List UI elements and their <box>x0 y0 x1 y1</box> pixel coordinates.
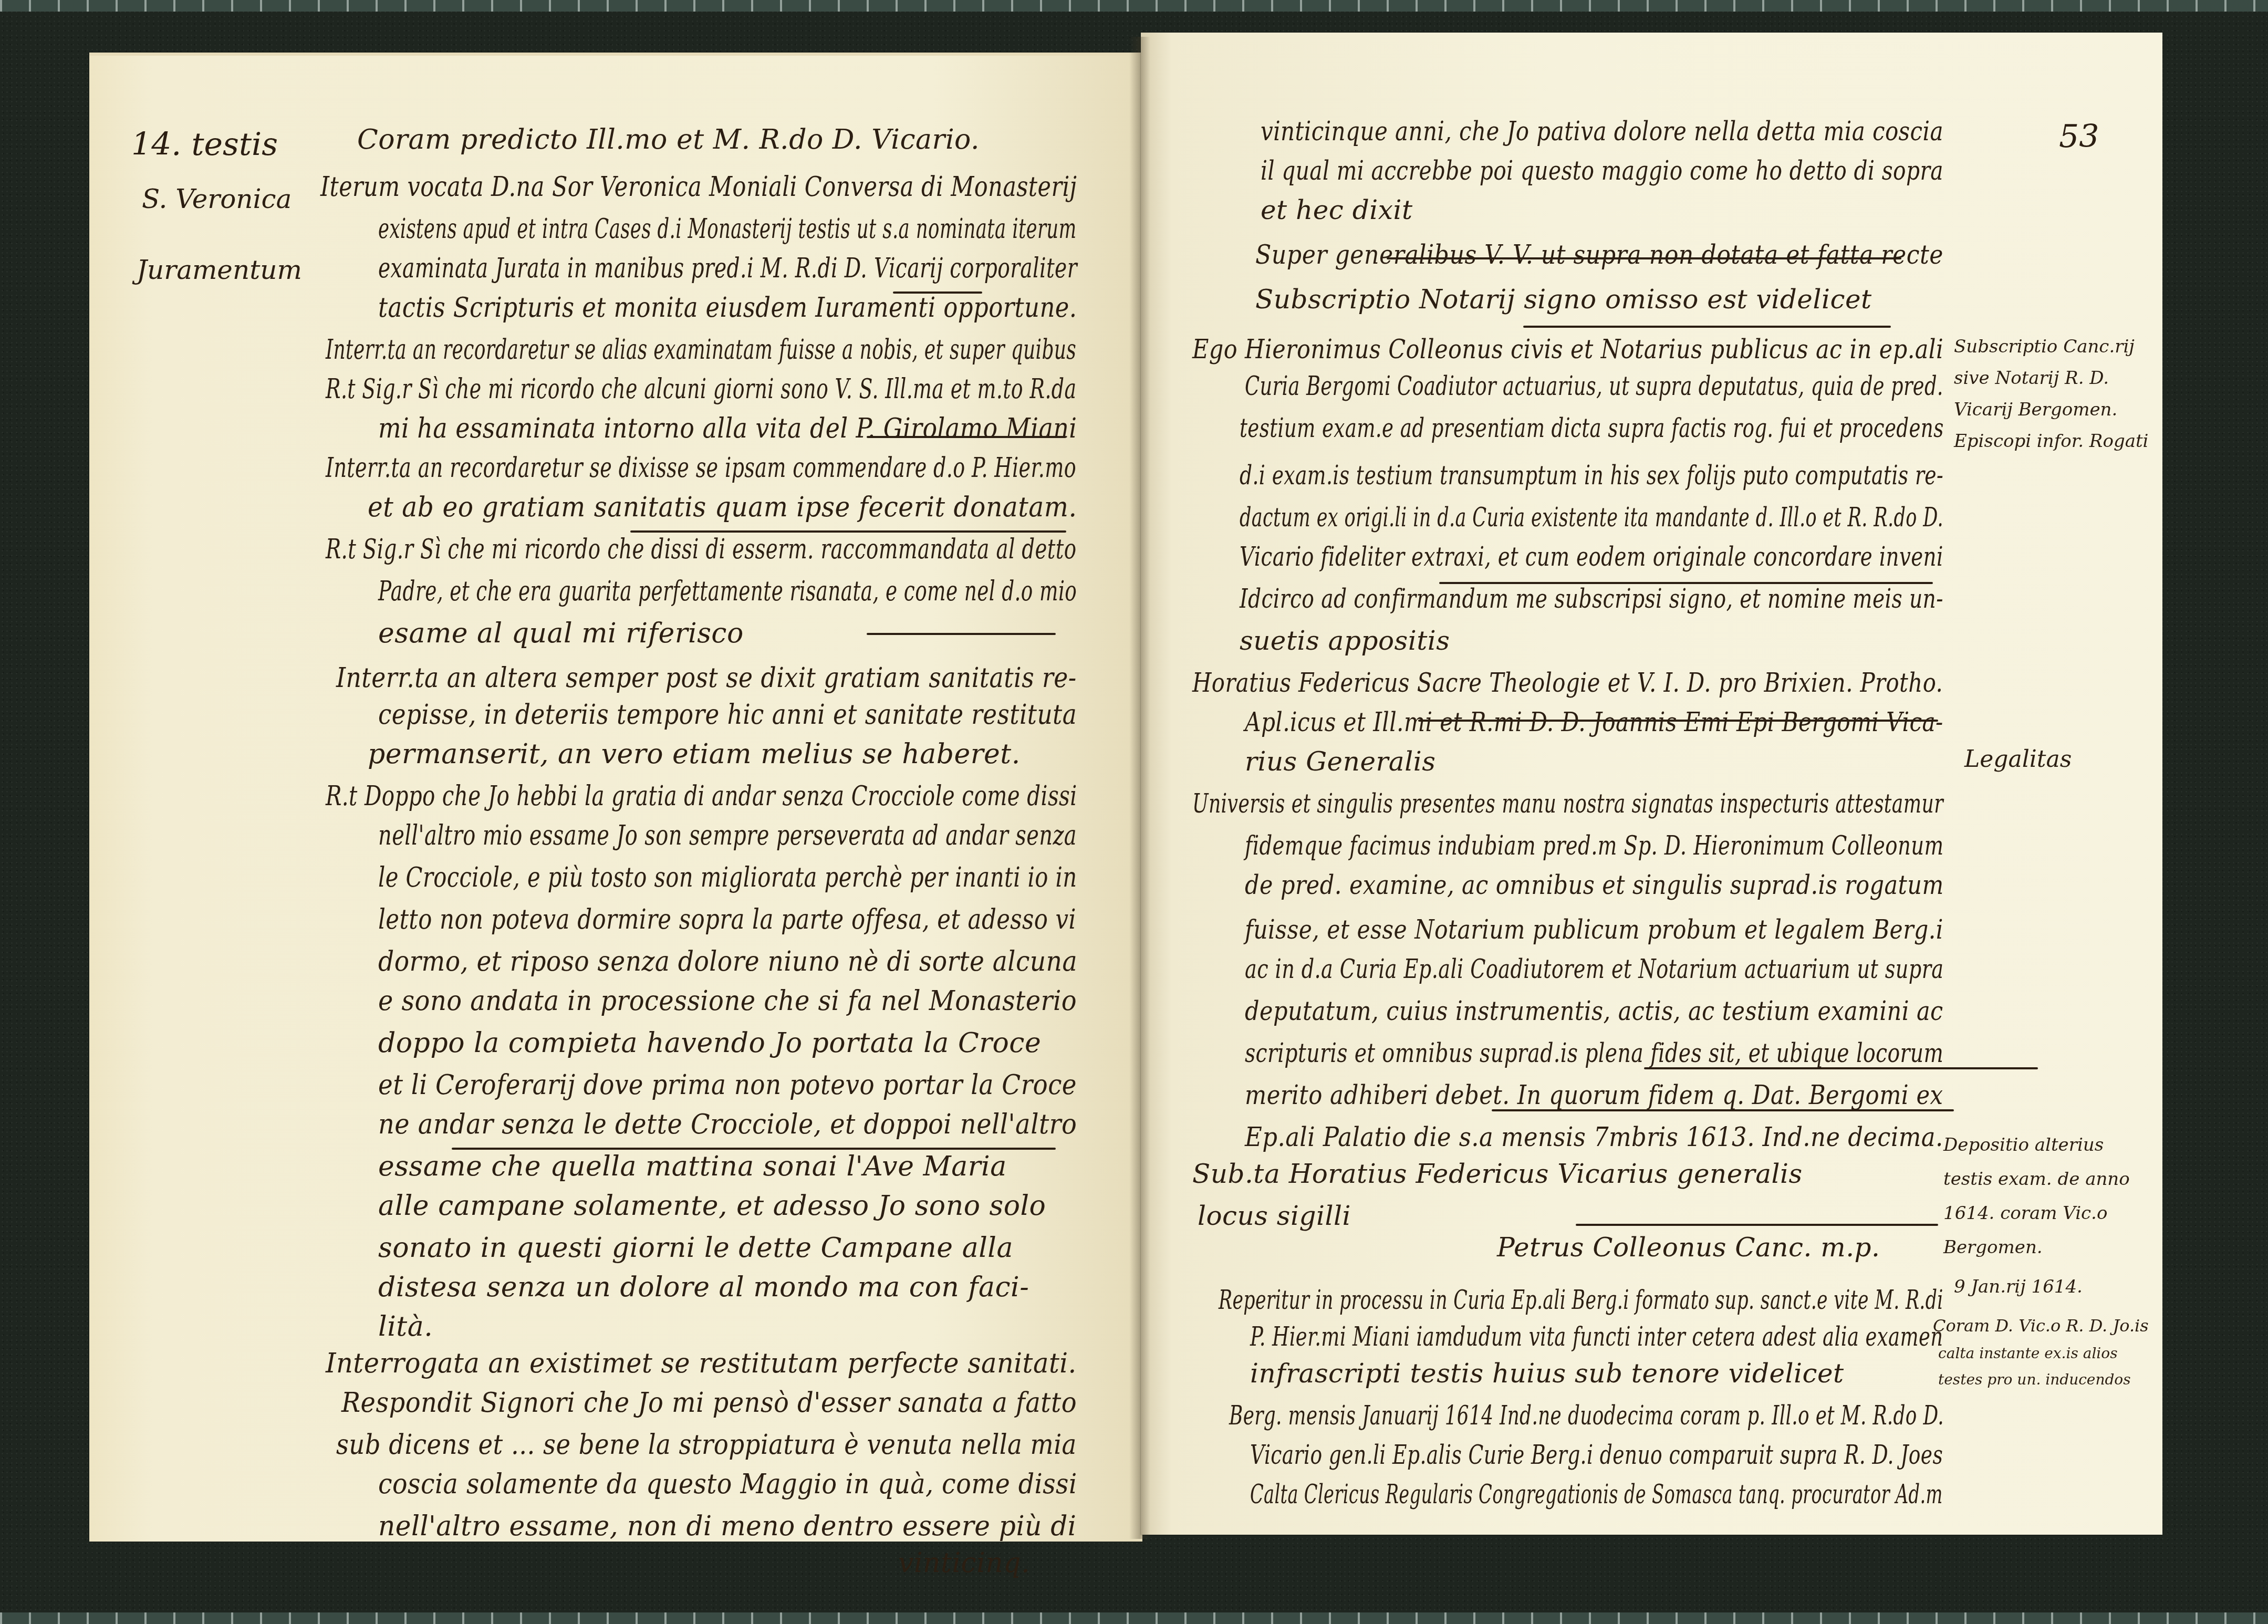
underline-rule <box>1387 257 1901 259</box>
left-page-text-line: Interr.ta an altera semper post se dixit… <box>336 664 1077 692</box>
underline-rule <box>1644 1067 2038 1069</box>
right-margin-note: Legalitas <box>1964 746 2072 773</box>
left-page-text-line: et li Ceroferarij dove prima non potevo … <box>378 1071 1077 1099</box>
right-page-text-line: et hec dixit <box>1261 197 1413 223</box>
underline-rule <box>452 1148 1056 1150</box>
right-page-text-line: Sub.ta Horatius Federicus Vicarius gener… <box>1192 1161 1803 1187</box>
left-page-text-line: Iterum vocata D.na Sor Veronica Moniali … <box>320 173 1077 201</box>
left-page-text-line: R.t Sig.r Sì che mi ricordo che alcuni g… <box>326 376 1076 403</box>
underline-rule <box>867 633 1056 635</box>
left-page-text-line: Coram predicto Ill.mo et M. R.do D. Vica… <box>357 126 980 153</box>
right-page-text-line: fuisse, et esse Notarium publicum probum… <box>1245 917 1943 943</box>
right-margin-note: Episcopi infor. Rogati <box>1954 431 2148 452</box>
left-page-text-line: Interrogata an existimet se restitutam p… <box>326 1350 1077 1377</box>
left-page-text-line: essame che quella mattina sonai l'Ave Ma… <box>378 1153 1007 1180</box>
underline-rule <box>630 530 1066 533</box>
right-page-text-line: vinticinque anni, che Jo pativa dolore n… <box>1261 118 1943 144</box>
right-margin-note: calta instante ex.is alios <box>1938 1345 2118 1362</box>
right-margin-note: Vicarij Bergomen. <box>1954 399 2117 420</box>
right-page-text-line: Super generalibus V. V. ut supra non dot… <box>1255 242 1943 268</box>
right-margin-note: testes pro un. inducendos <box>1938 1371 2131 1388</box>
margin-note-testis-number: 14. testis <box>131 126 278 163</box>
left-page-text-line: Respondit Signori che Jo mi pensò d'esse… <box>341 1389 1077 1417</box>
right-margin-note: Depositio alterius <box>1943 1134 2104 1155</box>
right-page-text-line: Vicario fideliter extraxi, et cum eodem … <box>1240 544 1943 570</box>
right-page-text-line: rius Generalis <box>1245 748 1435 775</box>
left-page-text-line: nell'altro mio essame Jo son sempre pers… <box>378 822 1077 849</box>
folio-number: 53 <box>2059 118 2099 155</box>
right-margin-note: testis exam. de anno <box>1943 1169 2130 1190</box>
right-page-text-line: locus sigilli <box>1198 1203 1351 1229</box>
right-page-text-line: P. Hier.mi Miani iamdudum vita functi in… <box>1250 1324 1943 1350</box>
right-margin-note: Subscriptio Canc.rij <box>1954 336 2135 357</box>
right-page-text-line: d.i exam.is testium transumptum in his s… <box>1240 462 1943 488</box>
underline-rule <box>867 436 1066 438</box>
left-page-text-line: Padre, et che era guarita perfettamente … <box>378 578 1077 605</box>
book-gutter <box>1129 37 1150 1539</box>
right-page-text-line: Universis et singulis presentes manu nos… <box>1192 790 1943 817</box>
left-page-text-line: Interr.ta an recordaretur se dixisse se … <box>326 454 1076 482</box>
right-page-text-line: infrascripti testis huius sub tenore vid… <box>1250 1360 1844 1387</box>
right-page-text-line: merito adhiberi debet. In quorum fidem q… <box>1245 1082 1943 1108</box>
right-margin-note: Bergomen. <box>1943 1237 2043 1258</box>
margin-note-oath: Juramentum <box>137 255 302 285</box>
right-page-text-line: Curia Bergomi Coadiutor actuarius, ut su… <box>1245 373 1943 399</box>
right-margin-note: 1614. coram Vic.o <box>1943 1203 2107 1224</box>
right-page-text-line: deputatum, cuius instrumentis, actis, ac… <box>1245 998 1943 1024</box>
right-page-text-line: fidemque facimus indubiam pred.m Sp. D. … <box>1245 832 1943 859</box>
left-page-text-line: vinticinq. <box>898 1549 1030 1577</box>
left-page-text-line: dormo, et riposo senza dolore niuno nè d… <box>378 948 1077 975</box>
right-page-text-line: Reperitur in processu in Curia Ep.ali Be… <box>1219 1287 1943 1313</box>
underline-rule <box>1523 326 1891 328</box>
underline-rule <box>1439 582 1933 584</box>
right-margin-note: 9 Jan.rij 1614. <box>1954 1276 2083 1297</box>
right-page-text-line: Berg. mensis Januarij 1614 Ind.ne duodec… <box>1229 1402 1944 1429</box>
right-page-text-line: Vicario gen.li Ep.alis Curie Berg.i denu… <box>1250 1442 1943 1468</box>
right-page-text-line: Subscriptio Notarij signo omisso est vid… <box>1255 286 1872 313</box>
right-page-text-line: il qual mi accrebbe poi questo maggio co… <box>1261 158 1943 184</box>
right-page-text-line: Calta Clericus Regularis Congregationis … <box>1250 1481 1943 1507</box>
left-page-text-line: mi ha essaminata intorno alla vita del P… <box>378 415 1077 442</box>
left-page-text-line: cepisse, in deteriis tempore hic anni et… <box>378 701 1077 728</box>
left-page-text-line: sub dicens et ... se bene la stroppiatur… <box>336 1431 1077 1459</box>
right-page-text-line: ac in d.a Curia Ep.ali Coadiutorem et No… <box>1245 956 1944 982</box>
right-page-text-line: Ego Hieronimus Colleonus civis et Notari… <box>1192 336 1943 362</box>
left-page-text-line: R.t Doppo che Jo hebbi la gratia di anda… <box>326 783 1077 810</box>
left-page-text-line: Interr.ta an recordaretur se alias exami… <box>326 336 1076 363</box>
margin-note-witness-name: S. Veronica <box>142 184 292 214</box>
ruler-strip-top <box>0 0 2268 12</box>
left-page-text-line: R.t Sig.r Sì che mi ricordo che dissi di… <box>326 536 1076 563</box>
left-page-text-line: esame al qual mi riferisco <box>378 620 744 647</box>
left-page-text-line: le Crocciole, e più tosto son migliorata… <box>378 864 1077 891</box>
ruler-strip-bottom <box>0 1612 2268 1624</box>
right-page-text-line: testium exam.e ad presentiam dicta supra… <box>1240 415 1944 441</box>
right-page-text-line: Ep.ali Palatio die s.a mensis 7mbris 161… <box>1245 1124 1943 1150</box>
left-page-text-line: lità. <box>378 1313 433 1340</box>
left-page-text-line: existens apud et intra Cases d.i Monaste… <box>378 215 1077 243</box>
left-page-text-line: letto non poteva dormire sopra la parte … <box>378 906 1076 933</box>
left-page-text-line: tactis Scripturis et monita eiusdem Iura… <box>378 294 1077 321</box>
underline-rule <box>893 292 982 294</box>
left-page-text-line: sonato in questi giorni le dette Campane… <box>378 1234 1013 1262</box>
underline-rule <box>1492 1109 1954 1111</box>
left-page-text-line: e sono andata in processione che si fa n… <box>378 987 1077 1015</box>
right-margin-note: sive Notarij R. D. <box>1954 368 2109 389</box>
left-page-text-line: alle campane solamente, et adesso Jo son… <box>378 1192 1046 1220</box>
right-page-text-line: Horatius Federicus Sacre Theologie et V.… <box>1192 670 1943 696</box>
left-page-text-line: doppo la compieta havendo Jo portata la … <box>378 1029 1041 1057</box>
underline-rule <box>1576 1224 1938 1226</box>
right-page-text-line: scripturis et omnibus suprad.is plena fi… <box>1245 1040 1943 1066</box>
right-margin-note: Coram D. Vic.o R. D. Jo.is <box>1933 1316 2149 1336</box>
underline-rule <box>1418 720 1938 722</box>
left-page-text-line: coscia solamente da questo Maggio in quà… <box>378 1471 1077 1498</box>
right-page-text-line: dactum ex origi.li in d.a Curia existent… <box>1240 504 1943 530</box>
left-page-text-line: permanserit, an vero etiam melius se hab… <box>368 741 1021 768</box>
left-page-text-line: examinata Jurata in manibus pred.i M. R.… <box>378 255 1077 282</box>
left-page-text-line: distesa senza un dolore al mondo ma con … <box>378 1274 1029 1301</box>
right-page-text-line: suetis appositis <box>1240 628 1450 654</box>
left-page-text-line: nell'altro essame, non di meno dentro es… <box>378 1513 1076 1540</box>
right-page-text-line: Apl.icus et Ill.mi et R.mi D. D. Joannis… <box>1245 709 1943 735</box>
right-page-text-line: Idcirco ad confirmandum me subscripsi si… <box>1240 586 1943 612</box>
left-page-text-line: ne andar senza le dette Crocciole, et do… <box>378 1111 1077 1138</box>
right-page-text-line: Petrus Colleonus Canc. m.p. <box>1497 1234 1880 1261</box>
right-page-text-line: de pred. examine, ac omnibus et singulis… <box>1245 872 1944 898</box>
left-page-text-line: et ab eo gratiam sanitatis quam ipse fec… <box>368 494 1077 521</box>
